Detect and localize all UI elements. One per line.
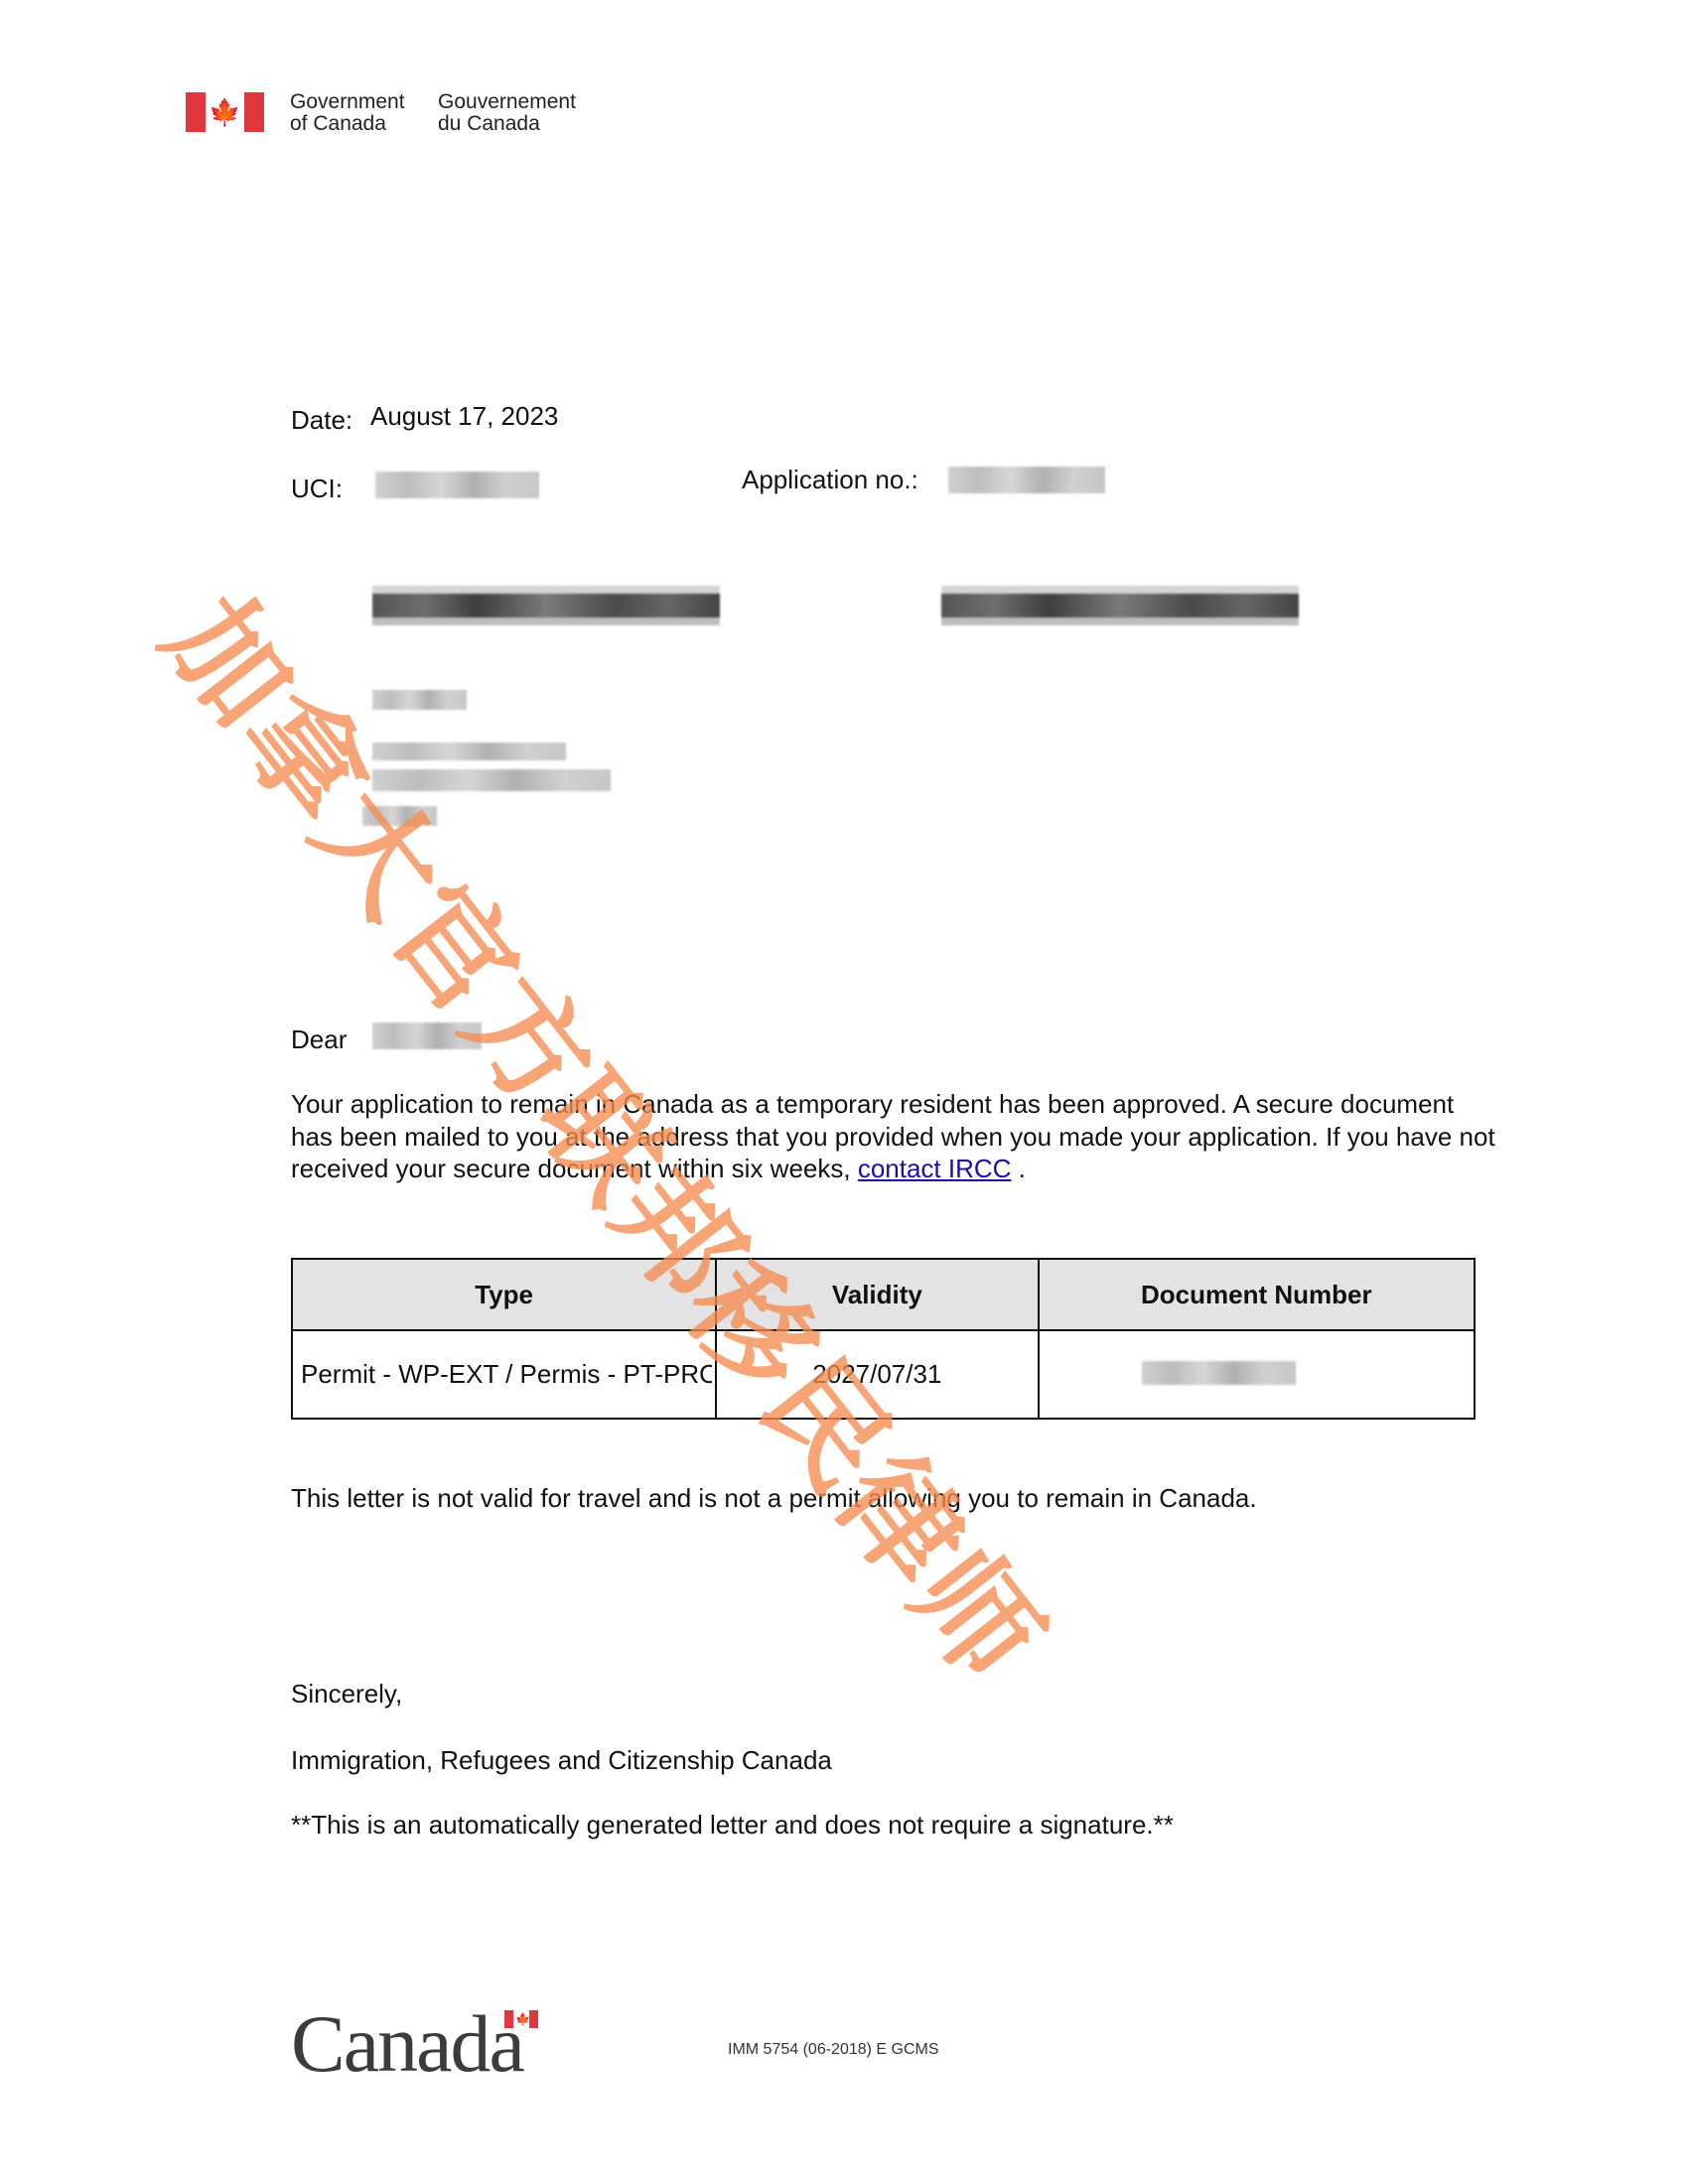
- address-line2-redacted: [372, 769, 611, 791]
- table-row: Permit - WP-EXT / Permis - PT-PROL 2027/…: [292, 1330, 1475, 1419]
- gov-en-line1: Government: [290, 91, 405, 113]
- travel-notice: This letter is not valid for travel and …: [291, 1483, 1257, 1514]
- form-code: IMM 5754 (06-2018) E GCMS: [728, 2041, 939, 2059]
- column-header-type: Type: [292, 1259, 716, 1330]
- application-number-redacted: [948, 467, 1105, 493]
- canada-wordmark-flag-icon: 🍁: [504, 2010, 538, 2028]
- gov-fr-line2: du Canada: [438, 113, 576, 135]
- canada-flag-icon: 🍁: [186, 92, 264, 132]
- auto-generated-note: **This is an automatically generated let…: [291, 1810, 1174, 1841]
- approval-paragraph: Your application to remain in Canada as …: [291, 1088, 1502, 1185]
- table-header-row: Type Validity Document Number: [292, 1259, 1475, 1330]
- canada-wordmark: Canada: [291, 1997, 523, 2091]
- application-number-label: Application no.:: [742, 465, 918, 495]
- salutation-name-redacted: [372, 1023, 482, 1049]
- gov-en-line2: of Canada: [290, 113, 405, 135]
- closing-sincerely: Sincerely,: [291, 1679, 402, 1709]
- validity-cell: 2027/07/31: [716, 1330, 1038, 1419]
- gov-fr-line1: Gouvernement: [438, 91, 576, 113]
- date-value: August 17, 2023: [370, 401, 558, 432]
- document-number-redacted: [1142, 1361, 1296, 1385]
- permit-type-cell: Permit - WP-EXT / Permis - PT-PROL: [292, 1330, 716, 1419]
- gouvernement-du-canada-signature: Gouvernement du Canada: [438, 91, 576, 135]
- permits-table: Type Validity Document Number Permit - W…: [291, 1258, 1476, 1420]
- contact-ircc-link[interactable]: contact IRCC: [858, 1154, 1012, 1183]
- column-header-document-number: Document Number: [1039, 1259, 1475, 1330]
- uci-value-redacted: [375, 472, 539, 498]
- recipient-reference-redacted: [941, 594, 1299, 617]
- column-header-validity: Validity: [716, 1259, 1038, 1330]
- closing-signatory: Immigration, Refugees and Citizenship Ca…: [291, 1745, 832, 1776]
- recipient-name-redacted: [372, 594, 720, 617]
- recipient-line-redacted: [372, 690, 467, 710]
- address-line3-redacted: [362, 806, 437, 826]
- paragraph-end: .: [1011, 1154, 1025, 1183]
- salutation-label: Dear: [291, 1024, 347, 1055]
- address-line1-redacted: [372, 743, 566, 760]
- uci-label: UCI:: [291, 474, 343, 504]
- permit-type-text: Permit - WP-EXT / Permis - PT-PROL: [301, 1359, 712, 1390]
- government-of-canada-signature: Government of Canada: [290, 91, 405, 135]
- date-label: Date:: [291, 405, 352, 436]
- document-number-cell: [1039, 1330, 1475, 1419]
